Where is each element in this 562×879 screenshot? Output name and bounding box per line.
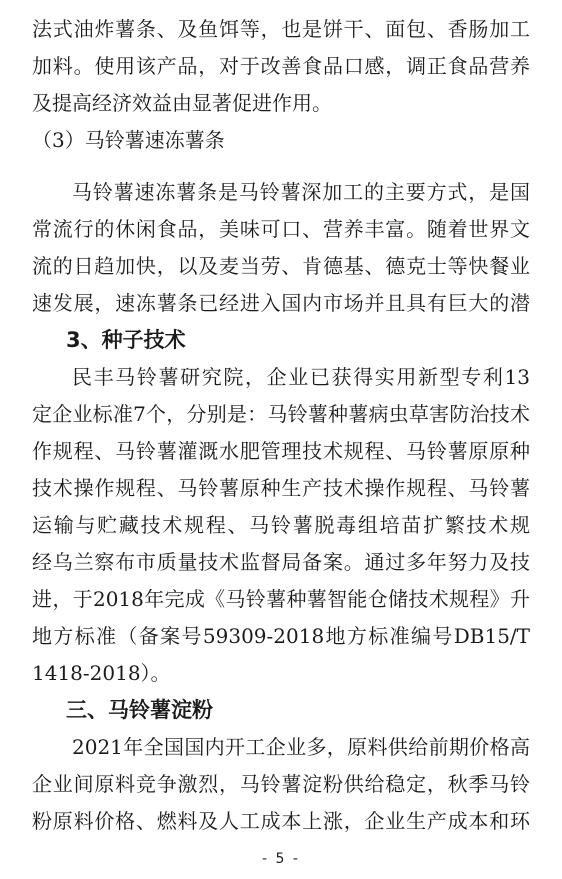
- body-line: 及提高经济效益由显著促进作用。: [32, 85, 530, 122]
- body-line: 法式油炸薯条、及鱼饵等，也是饼干、面包、香肠加工的添: [32, 11, 530, 48]
- body-line: 民丰马铃薯研究院，企业已获得实用新型专利13个；制: [32, 359, 530, 396]
- body-line: 1418-2018）。: [32, 655, 530, 692]
- body-line: 经乌兰察布市质量技术监督局备案。通过多年努力及技术改: [32, 544, 530, 581]
- body-line: 运输与贮藏技术规程、马铃薯脱毒组培苗扩繁技术规程；已: [32, 507, 530, 544]
- body-line: 加料。使用该产品，对于改善食品口感，调正食品营养结构: [32, 48, 530, 85]
- document-page: 法式油炸薯条、及鱼饵等，也是饼干、面包、香肠加工的添 加料。使用该产品，对于改善…: [0, 0, 562, 879]
- body-line: 马铃薯速冻薯条是马铃薯深加工的主要方式，是国外非: [32, 174, 530, 211]
- section-heading-starch: 三、马铃薯淀粉: [32, 692, 530, 729]
- body-line: 常流行的休闲食品，美味可口、营养丰富。随着世界文化交: [32, 211, 530, 248]
- body-line: 2021年全国国内开工企业多，原料供给前期价格高涨，: [32, 729, 530, 766]
- body-line: 技术操作规程、马铃薯原种生产技术操作规程、马铃薯种薯: [32, 470, 530, 507]
- body-line: 进，于2018年完成《马铃薯种薯智能仓储技术规程》升级为: [32, 581, 530, 618]
- body-line: 企业间原料竞争激烈，马铃薯淀粉供给稳定，秋季马铃薯淀: [32, 766, 530, 803]
- body-line: 速发展，速冻薯条已经进入国内市场并且具有巨大的潜力。: [32, 285, 530, 322]
- body-line: 作规程、马铃薯灌溉水肥管理技术规程、马铃薯原原种生产: [32, 433, 530, 470]
- subsection-label: （3）马铃薯速冻薯条: [32, 122, 530, 159]
- body-line: 地方标准（备案号59309-2018地方标准编号DB15/T: [32, 618, 530, 655]
- body-line: 流的日趋加快，以及麦当劳、肯德基、德克士等快餐业的迅: [32, 248, 530, 285]
- body-line: 粉原料价格、燃料及人工成本上涨，企业生产成本和环保（燃: [32, 803, 530, 840]
- page-number: - 5 -: [32, 844, 530, 874]
- body-line: 定企业标准7个，分别是：马铃薯种薯病虫草害防治技术操: [32, 396, 530, 433]
- section-heading-seed-tech: 3、种子技术: [32, 322, 530, 359]
